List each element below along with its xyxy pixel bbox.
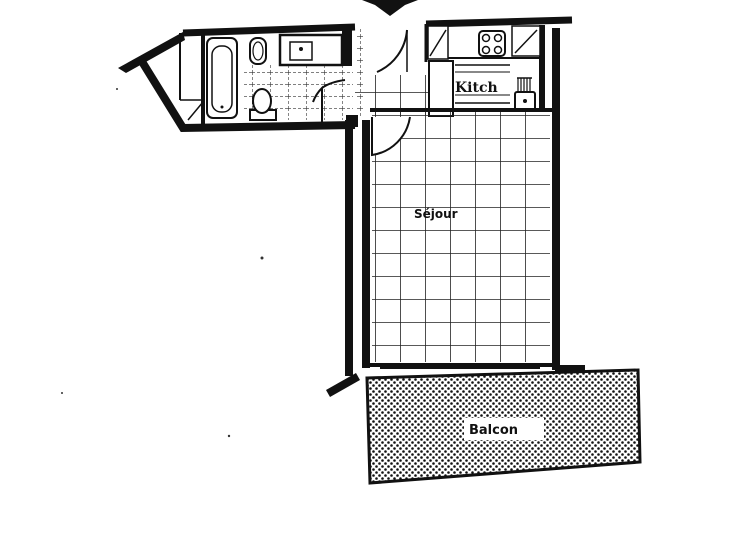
room-label-sejour: Séjour <box>414 207 458 221</box>
entrance-arrow-icon <box>362 0 418 16</box>
bathtub-icon <box>207 38 237 118</box>
room-label-balcony: Balcon <box>469 423 518 438</box>
scan-noise <box>61 88 264 437</box>
room-label-kitchen: Kitch <box>455 80 498 96</box>
kitchen-sink-icon <box>515 78 535 110</box>
bathroom <box>118 27 355 128</box>
cooktop-icon <box>479 31 505 56</box>
floor-plan: Kitch Séjour Balcon <box>0 0 740 555</box>
balcony: Balcon <box>367 365 640 483</box>
washbasin-icon <box>250 38 266 64</box>
kitchen: Kitch <box>426 20 572 116</box>
sink-cabinet-icon <box>280 35 342 65</box>
